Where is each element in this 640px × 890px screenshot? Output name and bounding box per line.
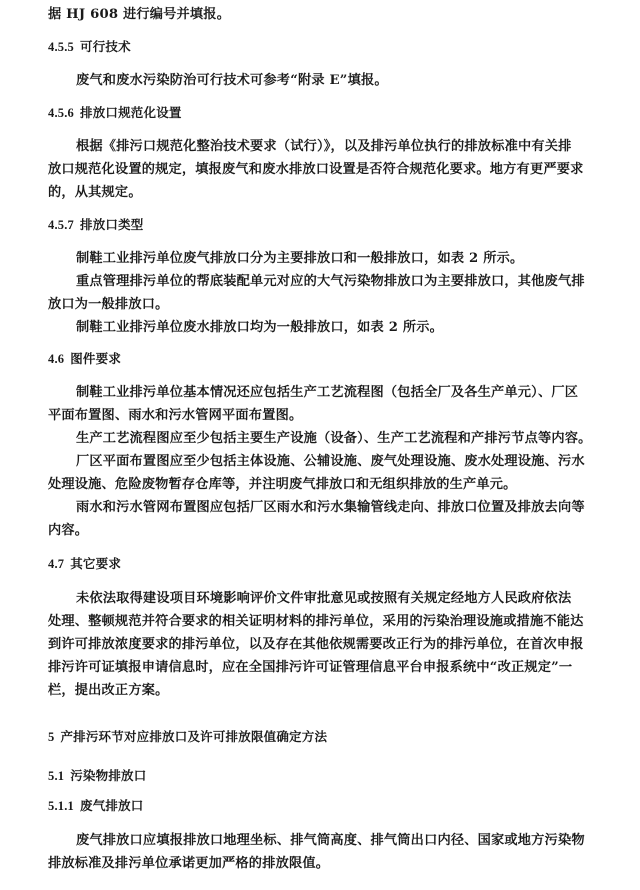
section-number: 5.1 — [48, 769, 64, 783]
section-number: 5.1.1 — [48, 799, 74, 813]
paragraph-line: 平面布置图、雨水和污水管网平面布置图。 — [48, 407, 302, 425]
section-number: 4.5.6 — [48, 106, 74, 120]
paragraph-line: 排放标准及排污单位承诺更加严格的排放限值。 — [48, 855, 329, 873]
section-title: 排放口类型 — [80, 217, 144, 232]
paragraph-line: 未依法取得建设项目环境影响评价文件审批意见或按照有关规定经地方人民政府依法 — [76, 590, 571, 608]
paragraph-line: 到许可排放浓度要求的排污单位，以及存在其他依规需要改正行为的排污单位，在首次申报 — [48, 636, 584, 654]
section-heading-4-5-5: 4.5.5可行技术 — [48, 38, 131, 56]
section-heading-5: 5产排污环节对应排放口及许可排放限值确定方法 — [48, 728, 327, 746]
section-number: 4.6 — [48, 352, 64, 366]
paragraph-line: 制鞋工业排污单位废气排放口分为主要排放口和一般排放口，如表 2 所示。 — [76, 250, 523, 268]
section-heading-4-5-7: 4.5.7排放口类型 — [48, 216, 144, 234]
paragraph-line: 放口为一般排放口。 — [48, 296, 169, 314]
paragraph-line: 排污许可证填报申请信息时，应在全国排污许可证管理信息平台申报系统中“改正规定”一 — [48, 659, 572, 677]
section-title: 图件要求 — [70, 351, 121, 366]
paragraph-line: 制鞋工业排污单位基本情况还应包括生产工艺流程图（包括全厂及各生产单元）、厂区 — [76, 384, 578, 402]
paragraph-line: 生产工艺流程图应至少包括主要生产设施（设备）、生产工艺流程和产排污节点等内容。 — [76, 430, 592, 448]
section-heading-4-7: 4.7其它要求 — [48, 555, 121, 573]
section-title: 可行技术 — [80, 39, 131, 54]
paragraph-line: 处理设施、危险废物暂存仓库等，并注明废气排放口和无组织排放的生产单元。 — [48, 476, 517, 494]
section-number: 4.5.7 — [48, 218, 74, 232]
section-title: 排放口规范化设置 — [80, 105, 182, 120]
paragraph-line: 根据《排污口规范化整治技术要求（试行）》，以及排污单位执行的排放标准中有关排 — [76, 138, 572, 156]
paragraph-line: 的，从其规定。 — [48, 184, 142, 202]
section-number: 5 — [48, 730, 54, 744]
section-heading-5-1: 5.1污染物排放口 — [48, 767, 146, 785]
paragraph-line: 雨水和污水管网布置图应包括厂区雨水和污水集输管线走向、排放口位置及排放去向等 — [76, 499, 585, 517]
document-page: 据 HJ 608 进行编号并填报。 4.5.5可行技术 废气和废水污染防治可行技… — [0, 0, 640, 890]
paragraph-line: 重点管理排污单位的帮底装配单元对应的大气污染物排放口为主要排放口，其他废气排 — [76, 273, 585, 291]
section-title: 产排污环节对应排放口及许可排放限值确定方法 — [60, 729, 327, 744]
paragraph-line: 放口规范化设置的规定，填报废气和废水排放口设置是否符合规范化要求。地方有更严要求 — [48, 161, 584, 179]
section-title: 污染物排放口 — [70, 768, 146, 783]
section-number: 4.7 — [48, 557, 64, 571]
paragraph-line: 厂区平面布置图应至少包括主体设施、公辅设施、废气处理设施、废水处理设施、污水 — [76, 453, 585, 471]
paragraph-line: 废气和废水污染防治可行技术可参考“附录 E”填报。 — [76, 72, 388, 90]
paragraph-line: 栏，提出改正方案。 — [48, 682, 169, 700]
paragraph-line: 制鞋工业排污单位废水排放口均为一般排放口，如表 2 所示。 — [76, 319, 443, 337]
section-heading-5-1-1: 5.1.1废气排放口 — [48, 797, 144, 815]
section-title: 废气排放口 — [80, 798, 144, 813]
paragraph-line: 废气排放口应填报排放口地理坐标、排气筒高度、排气筒出口内径、国家或地方污染物 — [76, 832, 585, 850]
section-number: 4.5.5 — [48, 40, 74, 54]
paragraph-line: 内容。 — [48, 522, 88, 540]
section-heading-4-6: 4.6图件要求 — [48, 350, 121, 368]
section-title: 其它要求 — [70, 556, 121, 571]
paragraph-line: 处理、整顿规范并符合要求的相关证明材料的排污单位，采用的污染治理设施或措施不能达 — [48, 613, 584, 631]
section-heading-4-5-6: 4.5.6排放口规范化设置 — [48, 104, 182, 122]
paragraph-line: 据 HJ 608 进行编号并填报。 — [48, 6, 230, 24]
